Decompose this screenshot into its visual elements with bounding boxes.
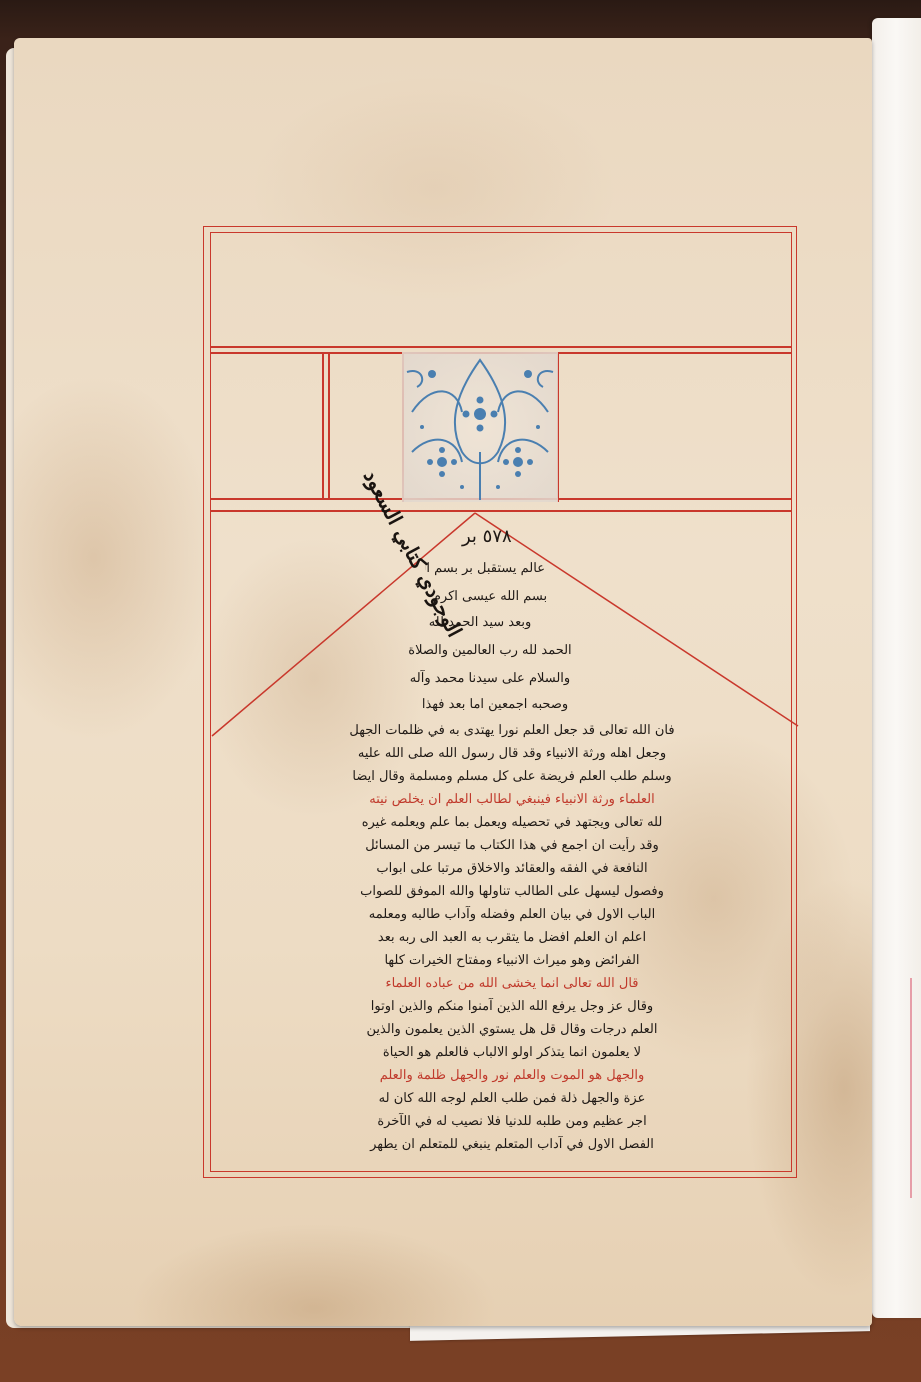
body-line: اجر عظيم ومن طلبه للدنيا فلا نصيب له في …	[232, 1113, 792, 1131]
body-line: العلم درجات وقال قل هل يستوي الذين يعلمو…	[232, 1021, 792, 1039]
adjacent-page-edge	[872, 18, 921, 1318]
header-bottom-rule-2	[210, 510, 792, 512]
body-line: اعلم ان العلم افضل ما يتقرب به العبد الى…	[232, 929, 792, 947]
body-line-rubric: قال الله تعالى انما يخشى الله من عباده ا…	[232, 975, 792, 993]
heading-date: ٥٧٨ بر	[462, 526, 512, 547]
body-line: فان الله تعالى قد جعل العلم نورا يهتدى ب…	[232, 722, 792, 740]
margin-column-rule	[322, 352, 324, 498]
body-line: لا يعلمون انما يتذكر اولو الالباب فالعلم…	[232, 1044, 792, 1062]
body-line: لله تعالى ويجتهد في تحصيله ويعمل بما علم…	[232, 814, 792, 832]
header-top-rule	[210, 346, 792, 348]
body-line: الفصل الاول في آداب المتعلم ينبغي للمتعل…	[232, 1136, 792, 1154]
body-line: النافعة في الفقه والعقائد والاخلاق مرتبا…	[232, 860, 792, 878]
body-line: وقد رأيت ان اجمع في هذا الكتاب ما تيسر م…	[232, 837, 792, 855]
triangle-line: وبعد سيد الحمد لله	[350, 614, 610, 632]
triangle-line: بسم الله عيسى اكرم	[385, 588, 595, 606]
body-line-rubric: والجهل هو الموت والعلم نور والجهل ظلمة و…	[232, 1067, 792, 1085]
triangle-line: والسلام على سيدنا محمد وآله	[295, 670, 685, 688]
body-line: وقال عز وجل يرفع الله الذين آمنوا منكم و…	[232, 998, 792, 1016]
margin-column-rule-2	[328, 352, 330, 498]
adjacent-page-red-rule	[910, 978, 912, 1198]
body-line: وجعل اهله ورثة الانبياء وقد قال رسول الل…	[232, 745, 792, 763]
body-line: وفصول ليسهل على الطالب تناولها والله الم…	[232, 883, 792, 901]
body-line: الباب الاول في بيان العلم وفضله وآداب طا…	[232, 906, 792, 924]
body-line: الفرائض وهو ميراث الانبياء ومفتاح الخيرا…	[232, 952, 792, 970]
triangle-line: عالم يستقبل بر بسم الله	[425, 560, 545, 578]
triangle-line: الحمد لله رب العالمين والصلاة	[325, 642, 655, 660]
body-line: عزة والجهل ذلة فمن طلب العلم لوجه الله ك…	[232, 1090, 792, 1108]
floral-ornament-icon	[402, 352, 558, 502]
body-line-rubric: العلماء ورثة الانبياء فينبغي لطالب العلم…	[232, 791, 792, 809]
illuminated-floral-panel	[402, 352, 558, 502]
triangle-line: وصحبه اجمعين اما بعد فهذا	[260, 696, 730, 714]
body-line: وسلم طلب العلم فريضة على كل مسلم ومسلمة …	[232, 768, 792, 786]
